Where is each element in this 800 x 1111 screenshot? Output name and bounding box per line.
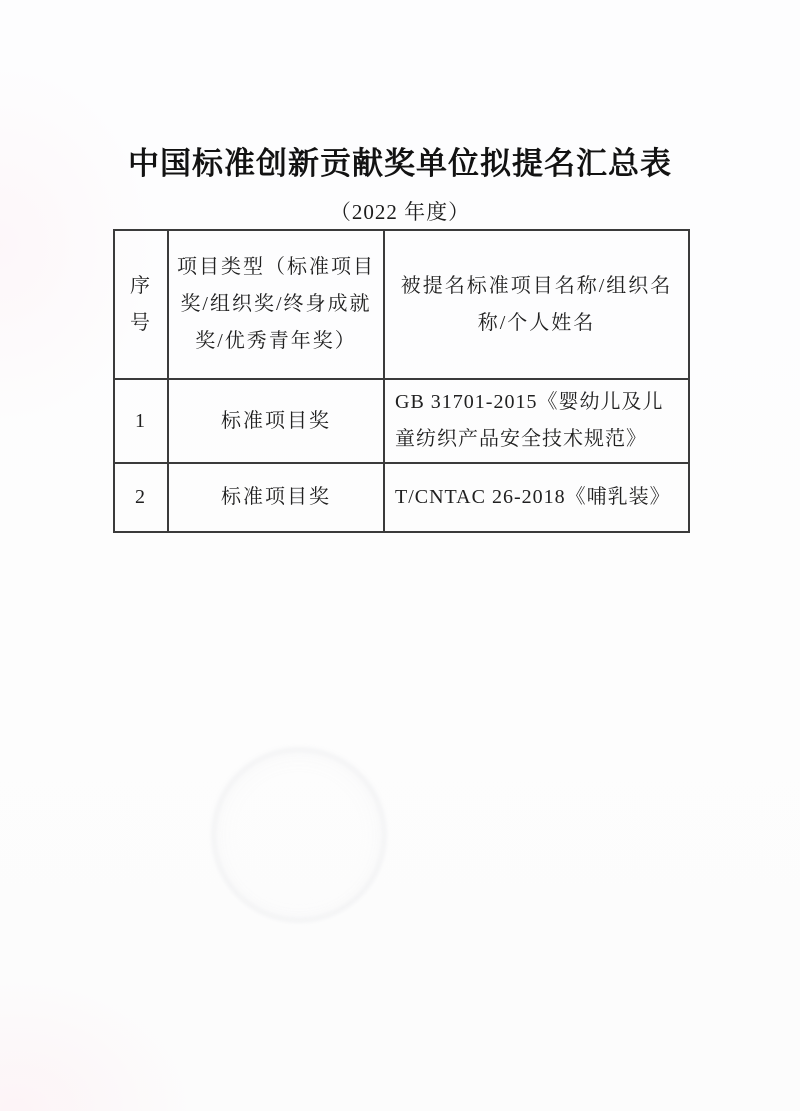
header-project-type: 项目类型（标准项目奖/组织奖/终身成就奖/优秀青年奖） — [168, 230, 384, 379]
table-row: 1 标准项目奖 GB 31701-2015《婴幼儿及儿童纺织产品安全技术规范》 — [114, 379, 689, 463]
table-row: 2 标准项目奖 T/CNTAC 26-2018《哺乳装》 — [114, 463, 689, 532]
header-serial-number-label: 序号 — [129, 268, 153, 342]
row-serial-number: 1 — [114, 379, 168, 463]
page-title: 中国标准创新贡献奖单位拟提名汇总表 — [0, 138, 800, 183]
row-project-type: 标准项目奖 — [168, 463, 384, 532]
row-nominee-name: T/CNTAC 26-2018《哺乳装》 — [384, 463, 689, 532]
seal-bleedthrough-watermark — [212, 748, 386, 922]
page-subtitle: （2022 年度） — [0, 196, 800, 226]
row-project-type: 标准项目奖 — [168, 379, 384, 463]
row-serial-number: 2 — [114, 463, 168, 532]
header-serial-number: 序号 — [114, 230, 168, 379]
table-header-row: 序号 项目类型（标准项目奖/组织奖/终身成就奖/优秀青年奖） 被提名标准项目名称… — [114, 230, 689, 379]
header-nominee-name: 被提名标准项目名称/组织名称/个人姓名 — [384, 230, 689, 379]
document-page: 中国标准创新贡献奖单位拟提名汇总表 （2022 年度） 序号 项目类型（标准项目… — [0, 0, 800, 1111]
nomination-summary-table: 序号 项目类型（标准项目奖/组织奖/终身成就奖/优秀青年奖） 被提名标准项目名称… — [113, 229, 690, 533]
row-nominee-name: GB 31701-2015《婴幼儿及儿童纺织产品安全技术规范》 — [384, 379, 689, 463]
